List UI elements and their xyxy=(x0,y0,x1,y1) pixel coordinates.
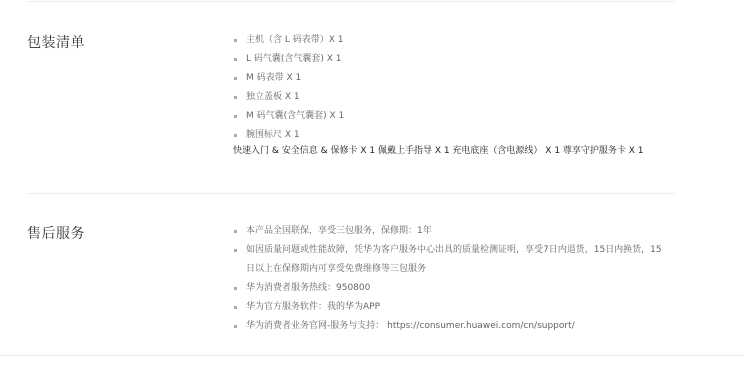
list-item: 如因质量问题或性能故障，凭华为客户服务中心出具的质量检测证明，享受7日内退货，1… xyxy=(233,241,663,279)
packing-list-section: 包装清单 主机（含 L 码表带）X 1 L 码气囊(含气囊套) X 1 M 码表… xyxy=(27,32,675,182)
list-item: 华为官方服务软件：我的华为APP xyxy=(233,298,663,317)
support-link[interactable]: 华为消费者业务官网-服务与支持： https://consumer.huawei… xyxy=(246,321,575,331)
bullet-icon xyxy=(234,77,237,80)
list-item: M 码表带 X 1 xyxy=(233,69,663,88)
section-divider xyxy=(27,193,675,194)
top-divider xyxy=(27,1,675,2)
list-item: L 码气囊(含气囊套) X 1 xyxy=(233,50,663,69)
bullet-icon xyxy=(234,39,237,42)
bullet-icon xyxy=(234,249,237,252)
bullet-icon xyxy=(234,96,237,99)
bullet-icon xyxy=(234,325,237,328)
list-item: 本产品全国联保，享受三包服务，保修期：1年 xyxy=(233,222,663,241)
list-item: 华为消费者服务热线：950800 xyxy=(233,279,663,298)
list-item: 腕围标尺 X 1 xyxy=(233,126,663,145)
after-sales-title: 售后服务 xyxy=(27,223,85,243)
bottom-divider xyxy=(0,355,744,356)
packing-list: 主机（含 L 码表带）X 1 L 码气囊(含气囊套) X 1 M 码表带 X 1… xyxy=(233,31,663,145)
bullet-icon xyxy=(234,230,237,233)
list-item[interactable]: 华为消费者业务官网-服务与支持： https://consumer.huawei… xyxy=(233,317,663,336)
bullet-icon xyxy=(234,134,237,137)
list-item: 独立盖板 X 1 xyxy=(233,88,663,107)
bullet-icon xyxy=(234,58,237,61)
list-item: 主机（含 L 码表带）X 1 xyxy=(233,31,663,50)
bullet-icon xyxy=(234,306,237,309)
packing-note: 快速入门 & 安全信息 & 保修卡 X 1 佩戴上手指导 X 1 充电底座（含电… xyxy=(233,146,653,157)
bullet-icon xyxy=(234,115,237,118)
packing-list-title: 包装清单 xyxy=(27,32,85,52)
list-item: M 码气囊(含气囊套) X 1 xyxy=(233,107,663,126)
after-sales-list: 本产品全国联保，享受三包服务，保修期：1年 如因质量问题或性能故障，凭华为客户服… xyxy=(233,222,663,336)
bullet-icon xyxy=(234,287,237,290)
after-sales-section: 售后服务 本产品全国联保，享受三包服务，保修期：1年 如因质量问题或性能故障，凭… xyxy=(27,223,675,343)
